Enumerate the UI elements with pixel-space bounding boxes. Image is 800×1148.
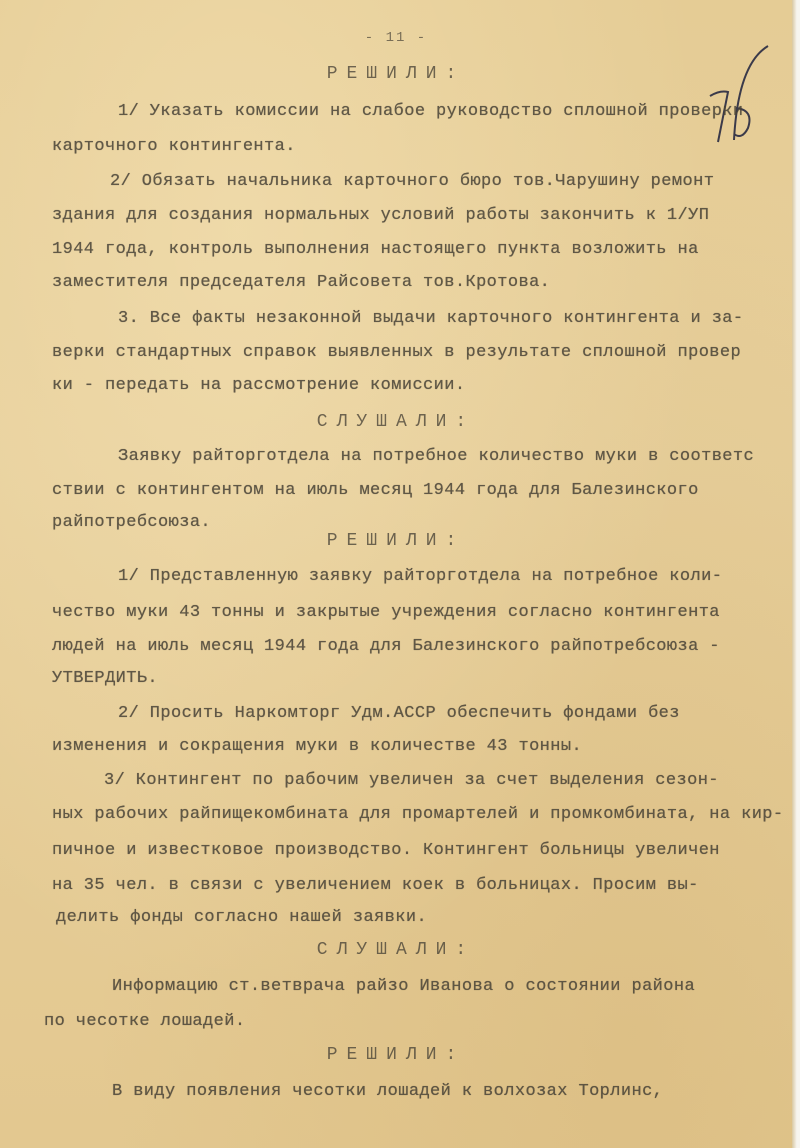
text-line: ствии с контингентом на июль месяц 1944 … (52, 481, 699, 500)
text-line: пичное и известковое производство. Конти… (52, 841, 720, 860)
text-line: заместителя председателя Райсовета тов.К… (52, 273, 550, 292)
text-line: делить фонды согласно нашей заявки. (56, 908, 427, 927)
section-heading-decided-3: РЕШИЛИ: (0, 1045, 792, 1065)
text-line: 1944 года, контроль выполнения настоящег… (52, 240, 699, 259)
text-line: карточного контингента. (52, 137, 296, 156)
text-line: УТВЕРДИТЬ. (52, 669, 158, 688)
text-line: изменения и сокращения муки в количестве… (52, 737, 582, 756)
text-line: 3/ Контингент по рабочим увеличен за сче… (104, 771, 719, 790)
section-heading-heard-1: СЛУШАЛИ: (0, 412, 792, 432)
text-line: верки стандартных справок выявленных в р… (52, 343, 741, 362)
text-line: 1/ Указать комиссии на слабое руководств… (118, 102, 744, 121)
section-heading-heard-2: СЛУШАЛИ: (0, 940, 792, 960)
document-page: - 11 - РЕШИЛИ: 1/ Указать комиссии на сл… (0, 0, 792, 1148)
text-line: на 35 чел. в связи с увеличением коек в … (52, 876, 699, 895)
page-edge (792, 0, 800, 1148)
text-line: Информацию ст.ветврача райзо Иванова о с… (112, 977, 695, 996)
text-line: 1/ Представленную заявку райторготдела н… (118, 567, 722, 586)
handwritten-folio-number (698, 44, 778, 144)
text-line: чество муки 43 тонны и закрытые учрежден… (52, 603, 720, 622)
text-line: ных рабочих райпищекомбината для промарт… (52, 805, 784, 824)
text-line: Заявку райторготдела на потребное количе… (118, 447, 754, 466)
page-number: - 11 - (0, 30, 792, 46)
text-line: здания для создания нормальных условий р… (52, 206, 709, 225)
section-heading-decided-2: РЕШИЛИ: (0, 531, 792, 551)
text-line: по чесотке лошадей. (44, 1012, 245, 1031)
text-line: 2/ Обязать начальника карточного бюро то… (110, 172, 714, 191)
text-line: 2/ Просить Наркомторг Удм.АССР обеспечит… (118, 704, 680, 723)
text-line: райпотребсоюза. (52, 513, 211, 532)
section-heading-decided-1: РЕШИЛИ: (0, 64, 792, 84)
text-line: 3. Все факты незаконной выдачи карточног… (118, 309, 744, 328)
text-line: ки - передать на рассмотрение комиссии. (52, 376, 465, 395)
text-line: В виду появления чесотки лошадей к волхо… (112, 1082, 663, 1101)
text-line: людей на июль месяц 1944 года для Балези… (52, 637, 720, 656)
